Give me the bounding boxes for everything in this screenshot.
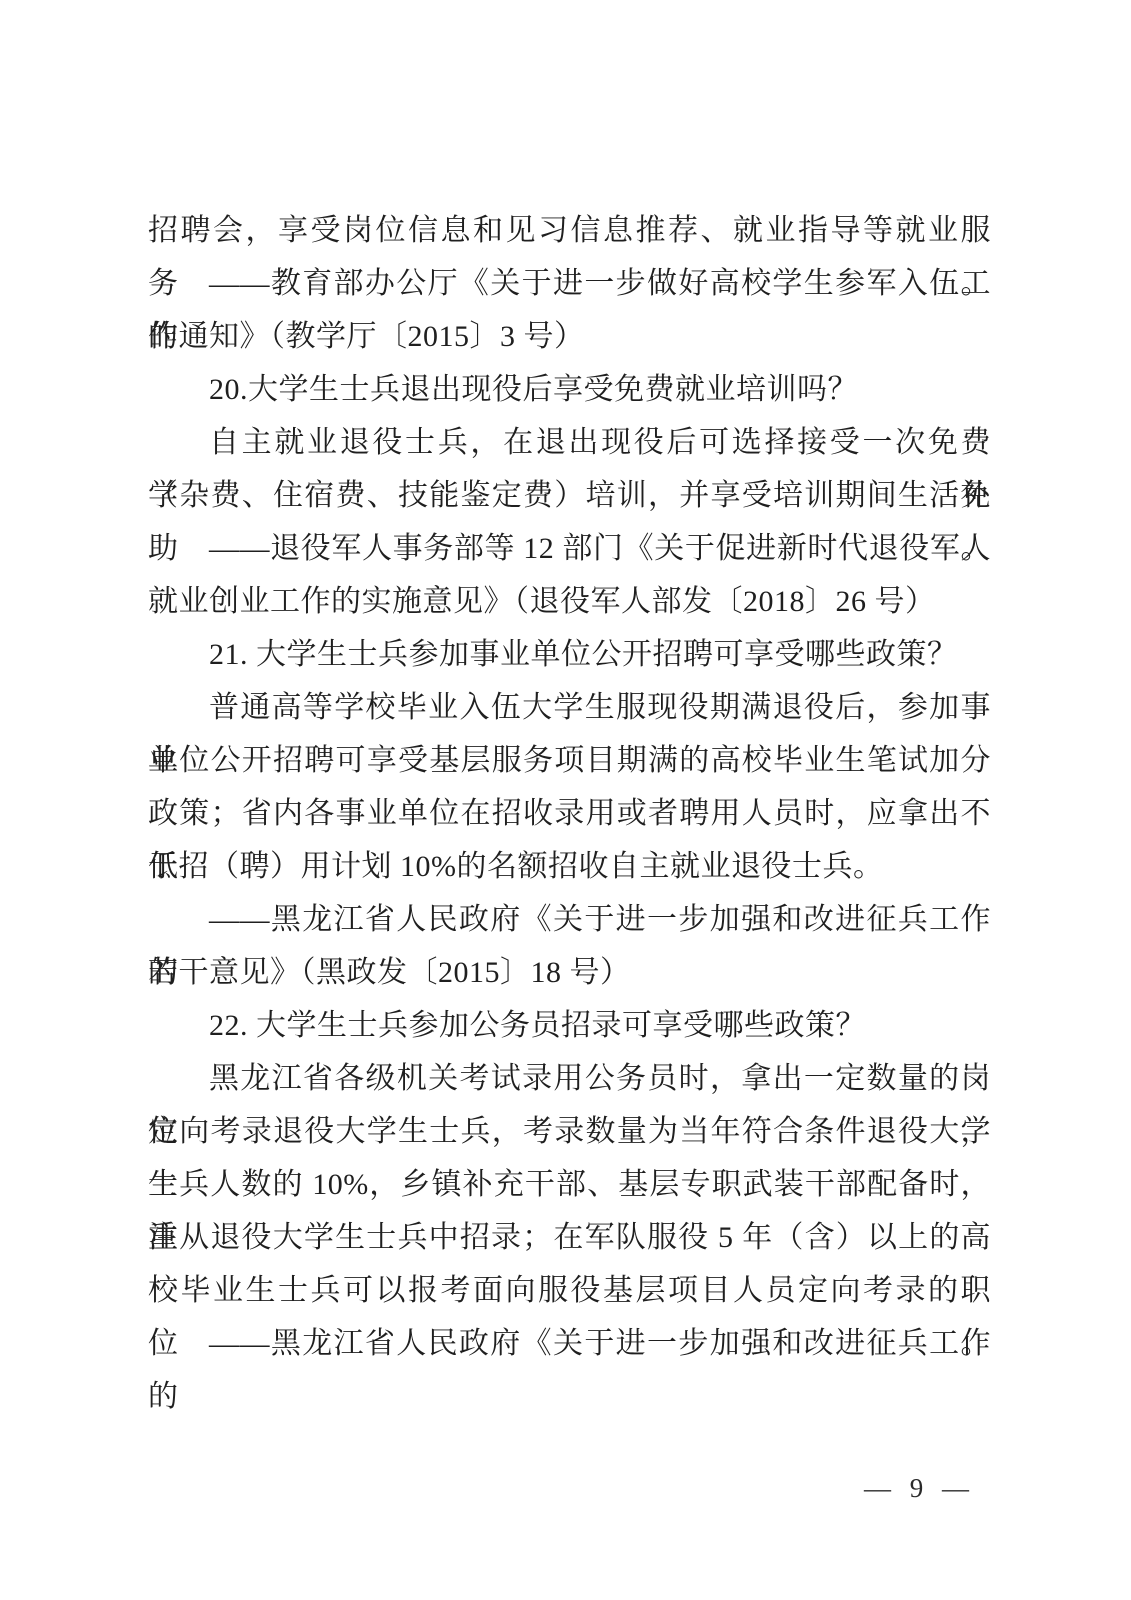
text-line: 定向考录退役大学生士兵，考录数量为当年符合条件退役大学生: [148, 1105, 991, 1158]
text-line: 22. 大学生士兵参加公务员招录可享受哪些政策？: [148, 999, 991, 1052]
text-line: ——教育部办公厅《关于进一步做好高校学生参军入伍工作: [148, 257, 991, 310]
text-line: 自主就业退役士兵，在退出现役后可选择接受一次免费（免: [148, 416, 991, 469]
document-page: 招聘会，享受岗位信息和见习信息推荐、就业指导等就业服务。——教育部办公厅《关于进…: [0, 0, 1131, 1600]
text-line: 的通知》（教学厅〔2015〕3 号）: [148, 310, 991, 363]
text-line: 普通高等学校毕业入伍大学生服现役期满退役后，参加事业: [148, 681, 991, 734]
text-line: ——退役军人事务部等 12 部门《关于促进新时代退役军人: [148, 522, 991, 575]
page-number: — 9 —: [864, 1472, 970, 1504]
text-line: 21. 大学生士兵参加事业单位公开招聘可享受哪些政策？: [148, 628, 991, 681]
text-line: 就业创业工作的实施意见》（退役军人部发〔2018〕26 号）: [148, 575, 991, 628]
text-line: 学杂费、住宿费、技能鉴定费）培训，并享受培训期间生活补助。: [148, 469, 991, 522]
text-line: 若干意见》（黑政发〔2015〕18 号）: [148, 946, 991, 999]
text-line: 单位公开招聘可享受基层服务项目期满的高校毕业生笔试加分: [148, 734, 991, 787]
text-line: 招聘会，享受岗位信息和见习信息推荐、就业指导等就业服务。: [148, 204, 991, 257]
text-line: ——黑龙江省人民政府《关于进一步加强和改进征兵工作的: [148, 893, 991, 946]
document-body: 招聘会，享受岗位信息和见习信息推荐、就业指导等就业服务。——教育部办公厅《关于进…: [148, 204, 991, 1370]
text-line: 校毕业生士兵可以报考面向服役基层项目人员定向考录的职位。: [148, 1264, 991, 1317]
text-line: 于招（聘）用计划 10%的名额招收自主就业退役士兵。: [148, 840, 991, 893]
text-line: 政策；省内各事业单位在招收录用或者聘用人员时，应拿出不低: [148, 787, 991, 840]
text-line: 重从退役大学生士兵中招录；在军队服役 5 年（含）以上的高: [148, 1211, 991, 1264]
text-line: 黑龙江省各级机关考试录用公务员时，拿出一定数量的岗位，: [148, 1052, 991, 1105]
text-line: 20.大学生士兵退出现役后享受免费就业培训吗？: [148, 363, 991, 416]
text-line: ——黑龙江省人民政府《关于进一步加强和改进征兵工作的: [148, 1317, 991, 1370]
text-line: 士兵人数的 10%，乡镇补充干部、基层专职武装干部配备时，注: [148, 1158, 991, 1211]
